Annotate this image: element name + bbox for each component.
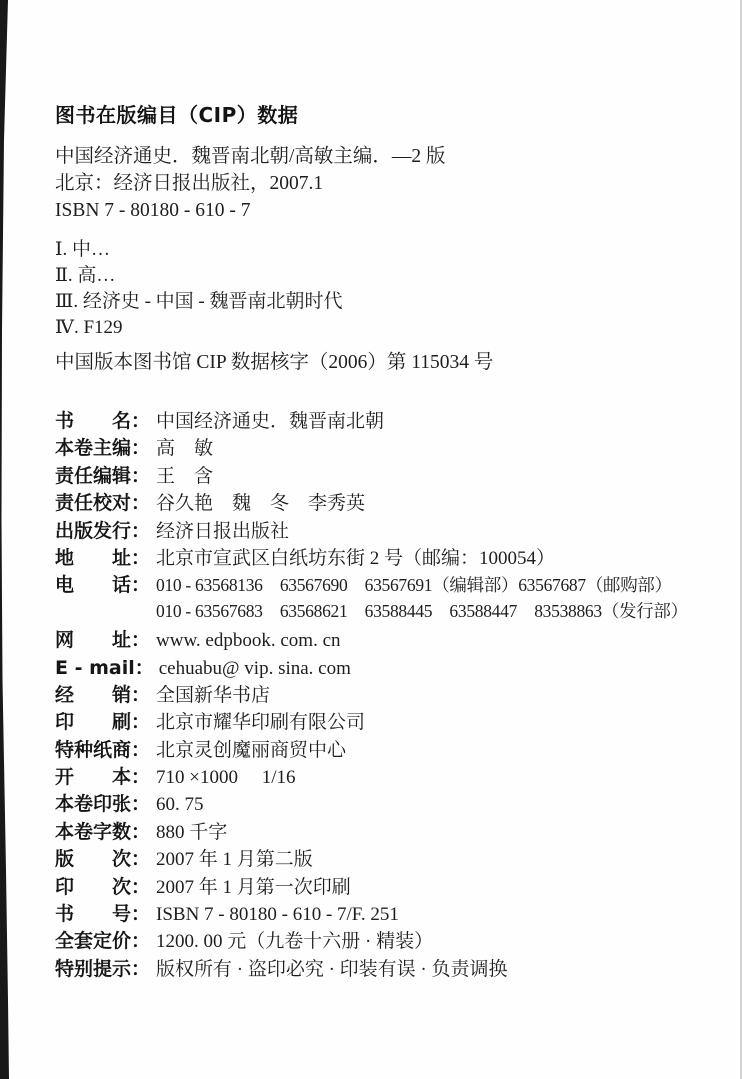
colophon-row-website: 网 址： www. edpbook. com. cn [55,625,706,652]
classification-item: Ⅱ. 高… [55,263,706,289]
cip-title-line: 中国经济通史．魏晋南北朝/高敏主编．—2 版 [55,143,706,170]
row-label: 本卷字数： [55,817,151,844]
row-label: 特别提示： [55,954,151,981]
colophon-row-sheets: 本卷印张： 60. 75 [55,789,706,816]
classification-item: Ⅰ. 中… [55,237,706,263]
row-value: cehuabu@ vip. sina. com [159,655,351,682]
row-label: 责任校对： [55,488,151,515]
row-value: 经济日报出版社 [156,518,289,545]
classification-item: Ⅲ. 经济史 - 中国 - 魏晋南北朝时代 [55,289,706,315]
row-value: 北京市耀华印刷有限公司 [156,709,365,736]
row-value: ISBN 7 - 80180 - 610 - 7/F. 251 [156,901,399,928]
colophon-row-word-count: 本卷字数： 880 千字 [55,817,706,844]
cip-description-block: 中国经济通史．魏晋南北朝/高敏主编．—2 版 北京：经济日报出版社，2007.1… [55,143,706,224]
row-value: 版权所有 · 盗印必究 · 印装有误 · 负责调换 [156,956,507,983]
book-copyright-page: 图书在版编目（CIP）数据 中国经济通史．魏晋南北朝/高敏主编．—2 版 北京：… [0,0,742,1079]
row-label: 开 本： [55,762,151,789]
row-value: 2007 年 1 月第二版 [156,846,313,873]
row-label: 本卷印张： [55,789,151,816]
colophon-row-publisher: 出版发行： 经济日报出版社 [55,516,706,543]
colophon-row-volume-editor: 本卷主编： 高 敏 [55,433,706,460]
row-value: 北京市宣武区白纸坊东街 2 号（邮编：100054） [156,545,555,572]
row-value: 高 敏 [156,435,213,462]
colophon-row-set-price: 全套定价： 1200. 00 元（九卷十六册 · 精装） [55,926,706,953]
row-value: 1200. 00 元（九卷十六册 · 精装） [156,928,433,955]
row-value: 880 千字 [156,819,227,846]
colophon-row-phone-1: 电 话： 010 - 63568136 63567690 63567691（编辑… [55,570,706,597]
cip-classification-list: Ⅰ. 中… Ⅱ. 高… Ⅲ. 经济史 - 中国 - 魏晋南北朝时代 Ⅳ. F12… [55,237,706,341]
page-content: 图书在版编目（CIP）数据 中国经济通史．魏晋南北朝/高敏主编．—2 版 北京：… [55,102,706,981]
scan-gutter-shadow [0,0,10,1079]
colophon-row-paper-supplier: 特种纸商： 北京灵创魔丽商贸中心 [55,735,706,762]
row-value: 010 - 63567683 63568621 63588445 6358844… [156,598,688,625]
row-value: www. edpbook. com. cn [156,627,341,654]
row-label: 书 名： [55,406,151,433]
colophon: 书 名： 中国经济通史．魏晋南北朝 本卷主编： 高 敏 责任编辑： 王 含 责任… [55,406,706,981]
classification-item: Ⅳ. F129 [55,315,706,341]
colophon-row-special-notice: 特别提示： 版权所有 · 盗印必究 · 印装有误 · 负责调换 [55,954,706,981]
row-label: 印 刷： [55,707,151,734]
colophon-row-distributor: 经 销： 全国新华书店 [55,680,706,707]
row-label: 电 话： [55,570,151,597]
row-label: 出版发行： [55,516,151,543]
cip-publisher-line: 北京：经济日报出版社，2007.1 [55,170,706,197]
colophon-row-format: 开 本： 710 ×1000 1/16 [55,762,706,789]
cip-heading: 图书在版编目（CIP）数据 [55,102,706,129]
colophon-row-book-number: 书 号： ISBN 7 - 80180 - 610 - 7/F. 251 [55,899,706,926]
row-label: 书 号： [55,899,151,926]
row-label: 本卷主编： [55,433,151,460]
row-value: 60. 75 [156,791,204,818]
row-value: 710 ×1000 1/16 [156,764,296,791]
row-label: 地 址： [55,543,151,570]
row-label: 责任编辑： [55,461,151,488]
colophon-row-printer: 印 刷： 北京市耀华印刷有限公司 [55,707,706,734]
row-value: 010 - 63568136 63567690 63567691（编辑部）635… [156,572,672,599]
row-value: 中国经济通史．魏晋南北朝 [156,408,384,435]
colophon-row-edition: 版 次： 2007 年 1 月第二版 [55,844,706,871]
row-label: 印 次： [55,872,151,899]
colophon-row-proofreaders: 责任校对： 谷久艳 魏 冬 李秀英 [55,488,706,515]
row-label: 网 址： [55,625,151,652]
row-value: 全国新华书店 [156,682,270,709]
row-value: 北京灵创魔丽商贸中心 [156,737,346,764]
colophon-row-address: 地 址： 北京市宣武区白纸坊东街 2 号（邮编：100054） [55,543,706,570]
colophon-row-responsible-editor: 责任编辑： 王 含 [55,461,706,488]
row-label: 经 销： [55,680,151,707]
colophon-row-printing: 印 次： 2007 年 1 月第一次印刷 [55,872,706,899]
colophon-row-email: E - mail： cehuabu@ vip. sina. com [55,653,706,680]
row-label: 全套定价： [55,926,151,953]
row-label: E - mail： [55,653,154,680]
colophon-row-book-title: 书 名： 中国经济通史．魏晋南北朝 [55,406,706,433]
row-value: 谷久艳 魏 冬 李秀英 [156,490,365,517]
row-label: 特种纸商： [55,735,151,762]
cip-isbn-line: ISBN 7 - 80180 - 610 - 7 [55,197,706,224]
cip-record-line: 中国版本图书馆 CIP 数据核字（2006）第 115034 号 [55,349,706,376]
row-value: 2007 年 1 月第一次印刷 [156,874,351,901]
row-label: 版 次： [55,844,151,871]
colophon-row-phone-2: 010 - 63567683 63568621 63588445 6358844… [55,598,706,625]
row-value: 王 含 [156,463,213,490]
